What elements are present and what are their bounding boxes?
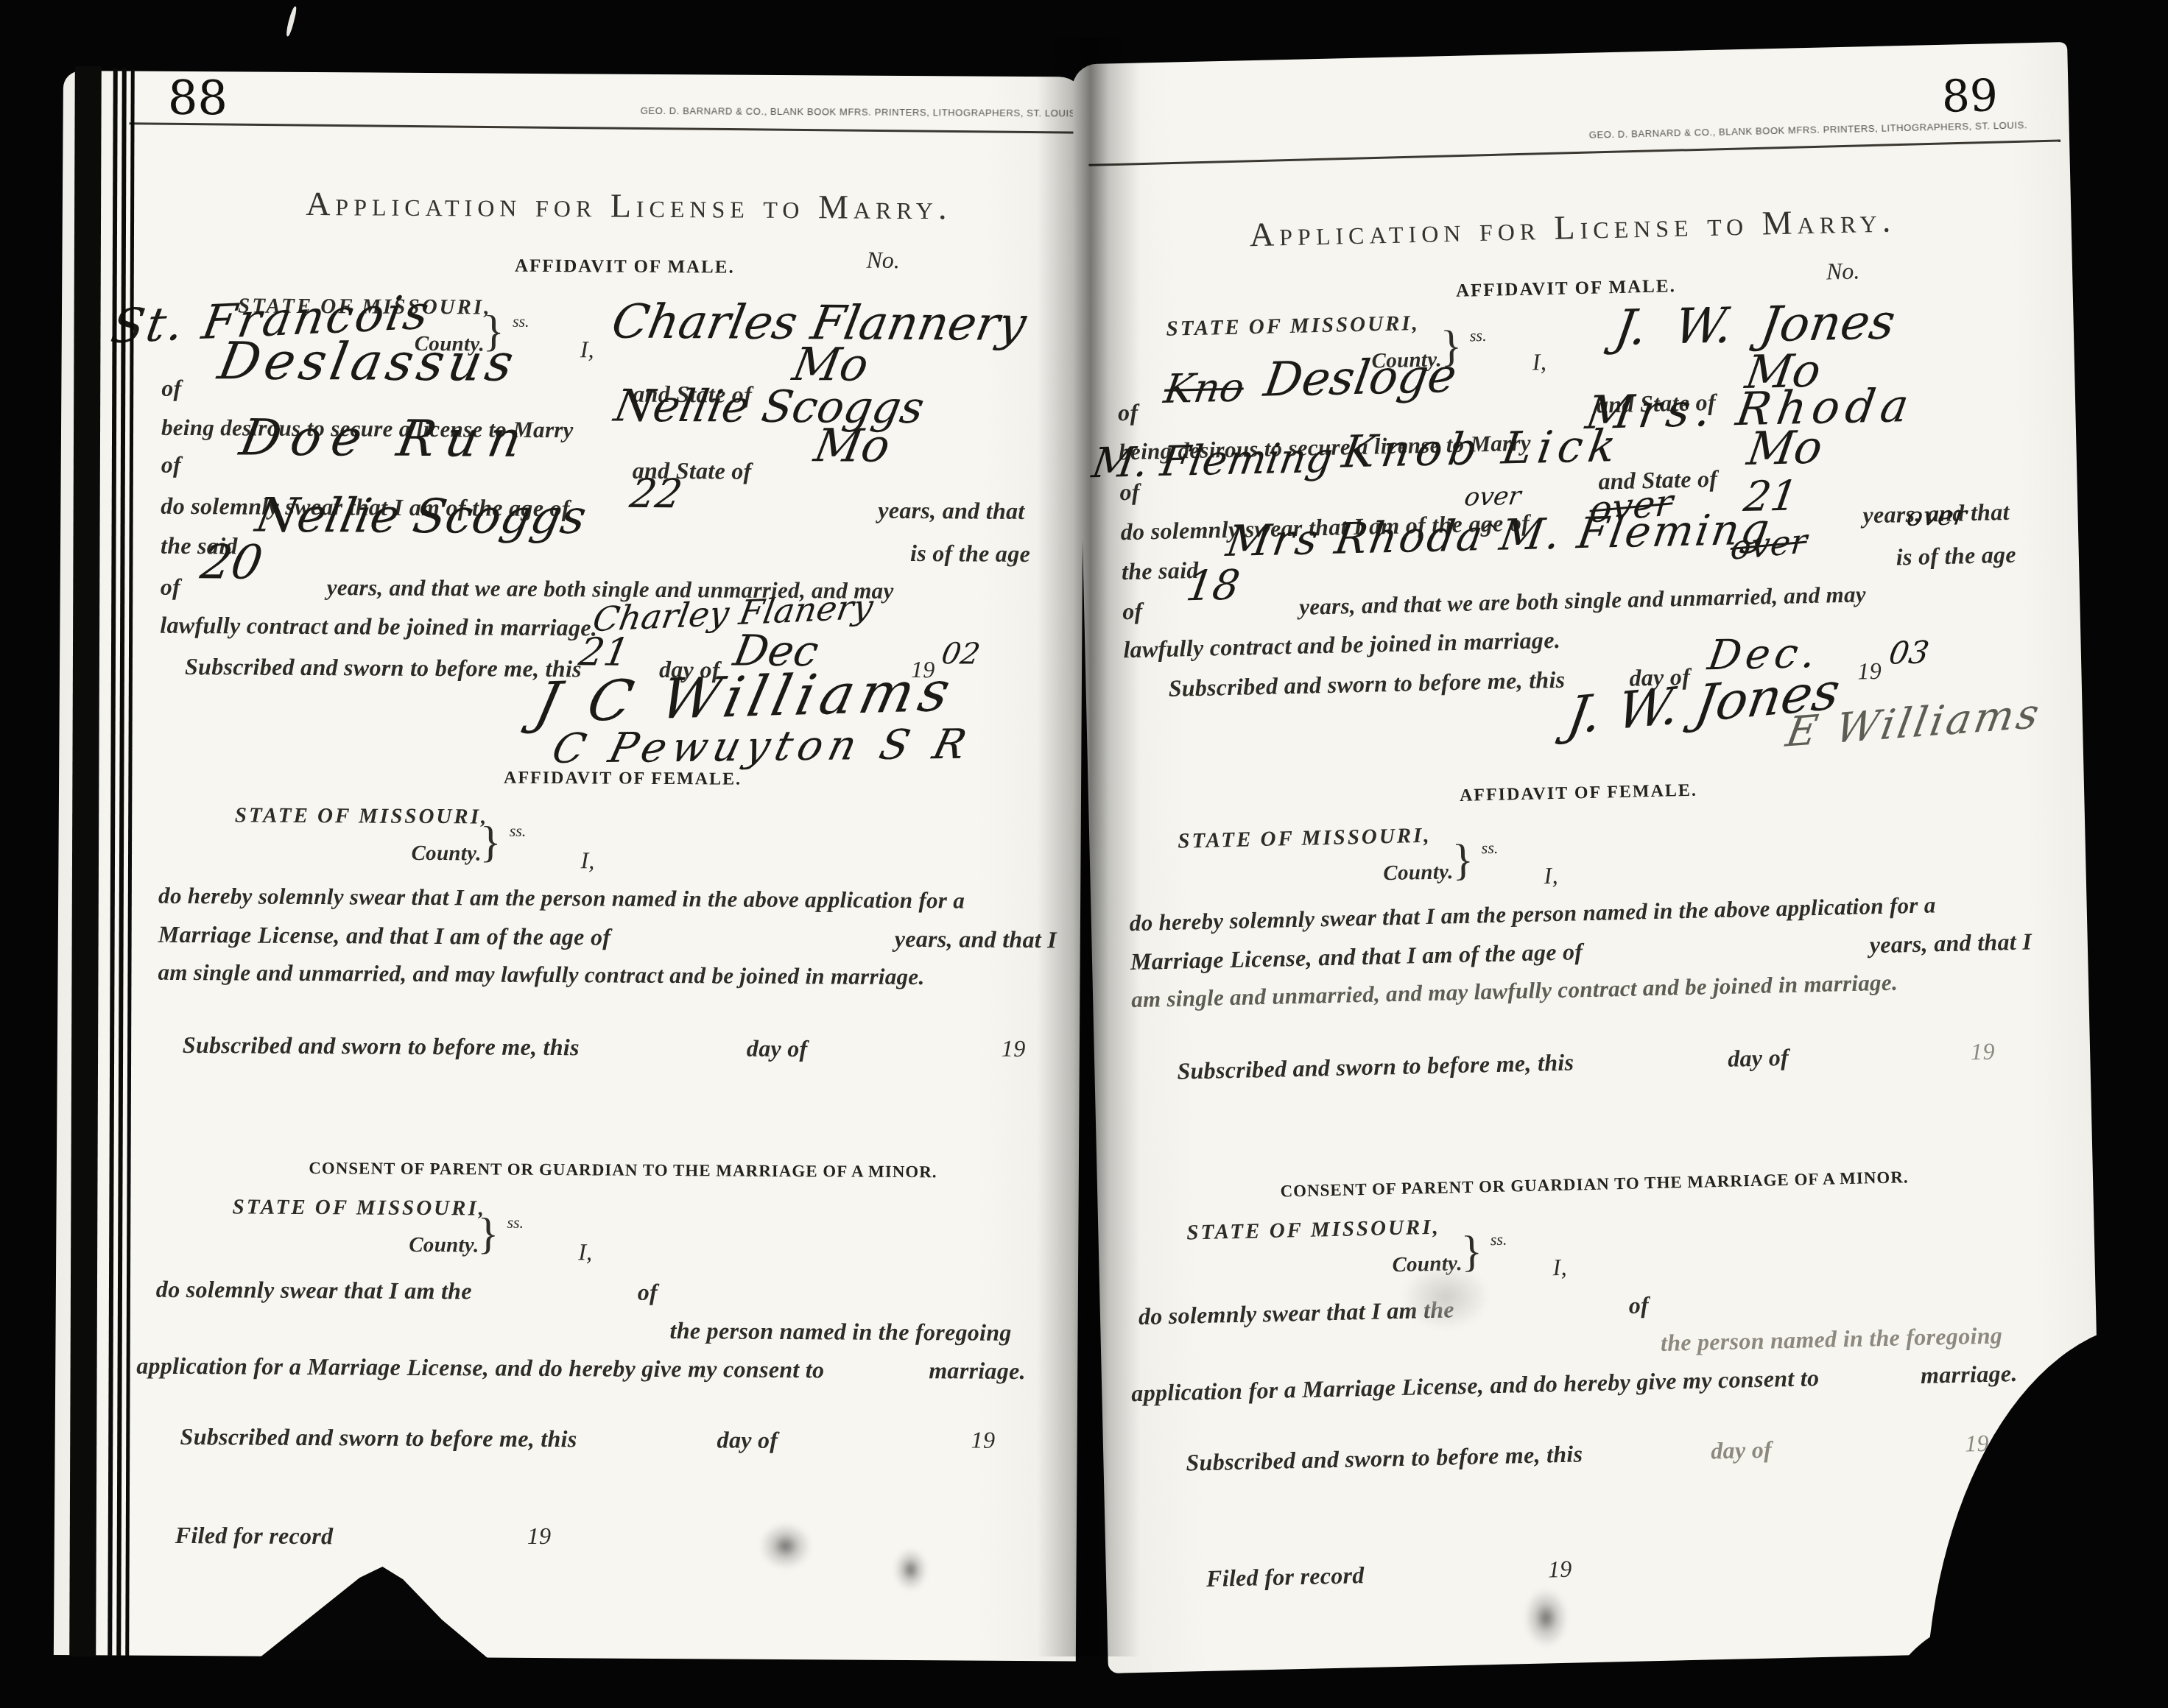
i-label-right-3: I, <box>1552 1254 1567 1281</box>
years-and-that-i-right: years, and that I <box>1869 928 2032 959</box>
subscribed-line-left-2: Subscribed and sworn to before me, this <box>183 1031 580 1061</box>
day-of-left-3: day of <box>717 1426 778 1454</box>
affidavit-female-heading-left: AFFIDAVIT OF FEMALE. <box>504 769 739 790</box>
ss-label-right-3: ss. <box>1490 1230 1507 1250</box>
state-of-missouri-left-2: STATE OF MISSOURI, <box>235 803 489 829</box>
subscribed-line-right-2: Subscribed and sworn to before me, this <box>1177 1049 1574 1085</box>
consent-heading-left: CONSENT OF PARENT OR GUARDIAN TO THE MAR… <box>295 1159 951 1182</box>
handwriting-bride-age-right: 18 <box>1183 562 1243 611</box>
gutter-shadow <box>1037 37 1140 1656</box>
marriage-label-left: marriage. <box>929 1357 1026 1385</box>
years-and-that-i-left: years, and that I <box>895 925 1057 953</box>
subscribed-line-right-3: Subscribed and sworn to before me, this <box>1186 1440 1583 1476</box>
brace-right-2: } <box>1451 835 1474 886</box>
i-label-right-2: I, <box>1544 862 1558 889</box>
handwriting-groom-age-left: 22 <box>627 470 686 517</box>
person-named-line-right: the person named in the foregoing <box>1661 1321 2003 1357</box>
county-label-right-2: County. <box>1383 860 1454 886</box>
handwriting-bride-residence-left: Doe Run <box>236 409 537 469</box>
document-scan: 88 GEO. D. BARNARD & CO., BLANK BOOK MFR… <box>0 0 2168 1708</box>
of-label-left-2: of <box>161 451 181 479</box>
county-label-left-3: County. <box>409 1233 479 1258</box>
lawfully-line-left: lawfully contract and be joined in marri… <box>160 612 597 642</box>
handwriting-over-above-am-right: over <box>1463 481 1523 512</box>
of-label-right-consent: of <box>1628 1291 1649 1319</box>
ss-label-left-2: ss. <box>510 822 527 841</box>
consent-application-line-right: application for a Marriage License, and … <box>1131 1364 1820 1407</box>
handwriting-bride-name-repeat-left: Nellie Scoggs <box>252 489 591 546</box>
day-of-right-3: day of <box>1711 1436 1772 1465</box>
ss-label-right-2: ss. <box>1481 839 1498 858</box>
day-of-right-2: day of <box>1728 1044 1789 1073</box>
subscribed-line-left-1: Subscribed and sworn to before me, this <box>185 653 582 682</box>
form-title-right: Application for License to Marry. <box>1245 200 1901 254</box>
female-swear-line-right: do hereby solemnly swear that I am the p… <box>1129 892 1936 936</box>
handwriting-bride-state-right: Mo <box>1744 420 1826 476</box>
page-right: 89 GEO. D. BARNARD & CO., BLANK BOOK MFR… <box>1071 42 2103 1673</box>
ink-smudge <box>893 1548 927 1591</box>
year-prefix-left-2: 19 <box>1002 1035 1026 1062</box>
i-label-left-1: I, <box>580 336 594 363</box>
consent-swear-line-left: do solemnly swear that I am the <box>156 1276 472 1305</box>
i-label-right-1: I, <box>1532 348 1546 375</box>
female-single-line-left: am single and unmarried, and may lawfull… <box>158 959 924 990</box>
affidavit-male-heading-left: AFFIDAVIT OF MALE. <box>507 256 742 278</box>
ss-label-left-1: ss. <box>513 312 529 331</box>
handwriting-clerk-signature2-left: C Pewuyton S R <box>547 721 976 773</box>
i-label-left-3: I, <box>578 1238 592 1266</box>
of-label-left-3: of <box>161 574 180 601</box>
handwriting-bride-state-left: Mo <box>810 418 894 473</box>
marriage-label-right: marriage. <box>1921 1360 2018 1389</box>
years-and-that-left: years, and that <box>878 497 1024 525</box>
filed-label-right: Filed for record <box>1206 1561 1365 1592</box>
handwriting-groom-residence-left: Deslassus <box>214 331 522 392</box>
year-prefix-right-4: 19 <box>1548 1556 1572 1584</box>
ink-smudge <box>760 1522 812 1570</box>
handwriting-over-struck2-right: over <box>1729 521 1809 568</box>
handwriting-over-above-is-right: over <box>1904 501 1968 532</box>
header-rule-right <box>1088 139 2060 166</box>
affidavit-female-heading-right: AFFIDAVIT OF FEMALE. <box>1460 781 1696 806</box>
state-of-missouri-right-3: STATE OF MISSOURI, <box>1186 1215 1440 1246</box>
day-of-left-2: day of <box>747 1035 808 1063</box>
handwriting-groom-residence-right: Desloge <box>1260 349 1460 408</box>
female-single-line-right: am single and unmarried, and may lawfull… <box>1131 969 1898 1013</box>
printer-mark-right: GEO. D. BARNARD & CO., BLANK BOOK MFRS. … <box>1589 120 1987 140</box>
lawfully-line-right: lawfully contract and be joined in marri… <box>1123 627 1560 663</box>
year-prefix-left-4: 19 <box>527 1522 552 1550</box>
affidavit-male-heading-right: AFFIDAVIT OF MALE. <box>1448 276 1684 302</box>
page-left: 88 GEO. D. BARNARD & CO., BLANK BOOK MFR… <box>54 71 1085 1661</box>
brace-left-3: } <box>477 1208 499 1259</box>
subscribed-line-left-3: Subscribed and sworn to before me, this <box>180 1423 577 1453</box>
i-label-left-2: I, <box>580 847 594 874</box>
state-of-missouri-right-2: STATE OF MISSOURI, <box>1178 824 1432 854</box>
is-of-the-age-right: is of the age <box>1896 541 2016 571</box>
subscribed-line-right-1: Subscribed and sworn to before me, this <box>1168 666 1566 702</box>
year-prefix-right-2: 19 <box>1971 1038 1995 1066</box>
female-age-line-left: Marriage License, and that I am of the a… <box>158 921 611 951</box>
form-title-left: Application for License to Marry. <box>301 184 957 227</box>
consent-application-line-left: application for a Marriage License, and … <box>136 1352 824 1384</box>
state-of-missouri-left-3: STATE OF MISSOURI, <box>232 1195 486 1221</box>
of-label-left-consent: of <box>638 1279 658 1306</box>
paper-stain <box>1401 1263 1490 1331</box>
of-label-left-1: of <box>161 375 181 402</box>
handwriting-bride-name-repeat-right: Mrs Rhoda M. Fleming <box>1223 504 1775 566</box>
ss-label-right-1: ss. <box>1470 326 1487 346</box>
single-line-right: years, and that we are both single and u… <box>1299 581 1866 620</box>
handwriting-sworn-year-right: 03 <box>1887 634 1932 671</box>
consent-heading-right: CONSENT OF PARENT OR GUARDIAN TO THE MAR… <box>1267 1168 1922 1201</box>
page-number-left: 88 <box>168 71 228 126</box>
filed-label-left: Filed for record <box>175 1522 334 1550</box>
person-named-line-left: the person named in the foregoing <box>669 1317 1011 1347</box>
header-rule-left <box>130 122 1087 133</box>
binding-stripe <box>69 66 102 1656</box>
no-label-right: No. <box>1826 257 1860 285</box>
brace-left-2: } <box>479 816 501 867</box>
year-prefix-right-1: 19 <box>1857 657 1882 685</box>
printer-mark-left: GEO. D. BARNARD & CO., BLANK BOOK MFRS. … <box>641 105 1053 119</box>
handwriting-residence-struck-right: Kno <box>1161 364 1247 412</box>
handwriting-bride-residence-right: Knob Lick <box>1339 420 1625 479</box>
page-number-right: 89 <box>1941 70 1999 123</box>
female-age-line-right: Marriage License, and that I am of the a… <box>1130 938 1583 975</box>
state-of-missouri-right-1: STATE OF MISSOURI, <box>1166 311 1420 342</box>
is-of-the-age-left: is of the age <box>910 540 1030 568</box>
year-prefix-left-3: 19 <box>971 1427 996 1454</box>
ink-smudge <box>1524 1588 1569 1648</box>
ss-label-left-3: ss. <box>507 1213 524 1232</box>
no-label-left: No. <box>866 247 900 274</box>
handwriting-bride-age-left: 20 <box>197 535 267 590</box>
county-label-left-2: County. <box>411 841 482 867</box>
paper-sliver <box>285 6 298 37</box>
female-swear-line-left: do hereby solemnly swear that I am the p… <box>158 883 965 914</box>
